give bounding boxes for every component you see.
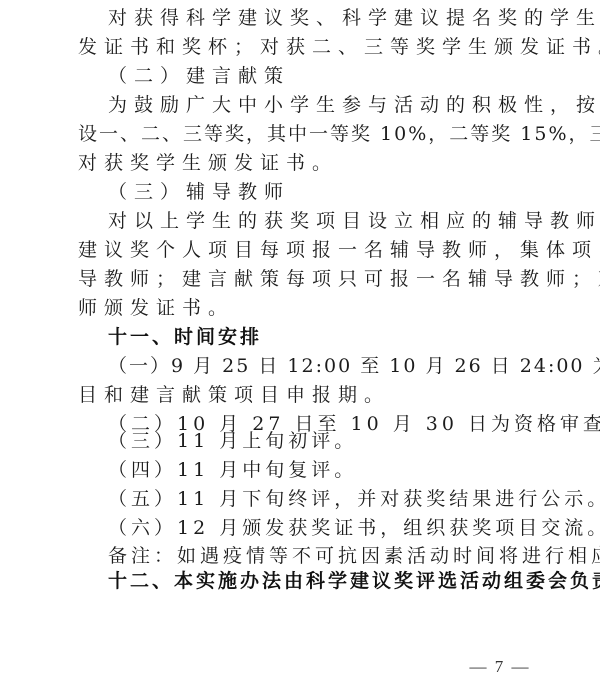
paragraph-line: 设一、二、三等奖，其中一等奖 10%，二等奖 15%，三等奖 25%， xyxy=(78,120,528,149)
schedule-item: （五）11 月下旬终评，并对获奖结果进行公示。 xyxy=(108,485,558,514)
paragraph-line: 建议奖个人项目每项报一名辅导教师，集体项目最多可报二名辅 xyxy=(78,236,528,265)
schedule-item-continued: 目和建言献策项目申报期。 xyxy=(78,381,528,410)
page-number: — 7 — xyxy=(440,657,560,677)
paragraph-line: 师颁发证书。 xyxy=(78,294,528,323)
schedule-item: （一）9 月 25 日 12:00 至 10 月 26 日 24:00 为科学建… xyxy=(108,352,558,381)
subsection-heading: （二）建言献策 xyxy=(108,62,558,91)
paragraph-line: 对获得科学建议奖、科学建议提名奖的学生将进行表彰并颁 xyxy=(108,4,558,33)
paragraph-line: 对以上学生的获奖项目设立相应的辅导教师奖，其中：科学 xyxy=(108,207,558,236)
schedule-item: （四）11 月中旬复评。 xyxy=(108,456,558,485)
subsection-heading: （三）辅导教师 xyxy=(108,178,558,207)
paragraph-line: 发证书和奖杯；对获二、三等奖学生颁发证书。 xyxy=(78,33,528,62)
document-page: 对获得科学建议奖、科学建议提名奖的学生将进行表彰并颁 发证书和奖杯；对获二、三等… xyxy=(0,0,600,681)
section-heading: 十一、时间安排 xyxy=(108,323,558,352)
schedule-item: （六）12 月颁发获奖证书，组织获奖项目交流。 xyxy=(108,514,558,543)
section-heading: 十二、本实施办法由科学建议奖评选活动组委会负责解释。 xyxy=(108,567,558,596)
paragraph-line: 对获奖学生颁发证书。 xyxy=(78,149,528,178)
paragraph-line: 导教师；建言献策每项只可报一名辅导教师；对获奖项目辅导教 xyxy=(78,265,528,294)
schedule-item: （三）11 月上旬初评。 xyxy=(108,427,558,456)
paragraph-line: 为鼓励广大中小学生参与活动的积极性，按参与人数比例分 xyxy=(108,91,558,120)
